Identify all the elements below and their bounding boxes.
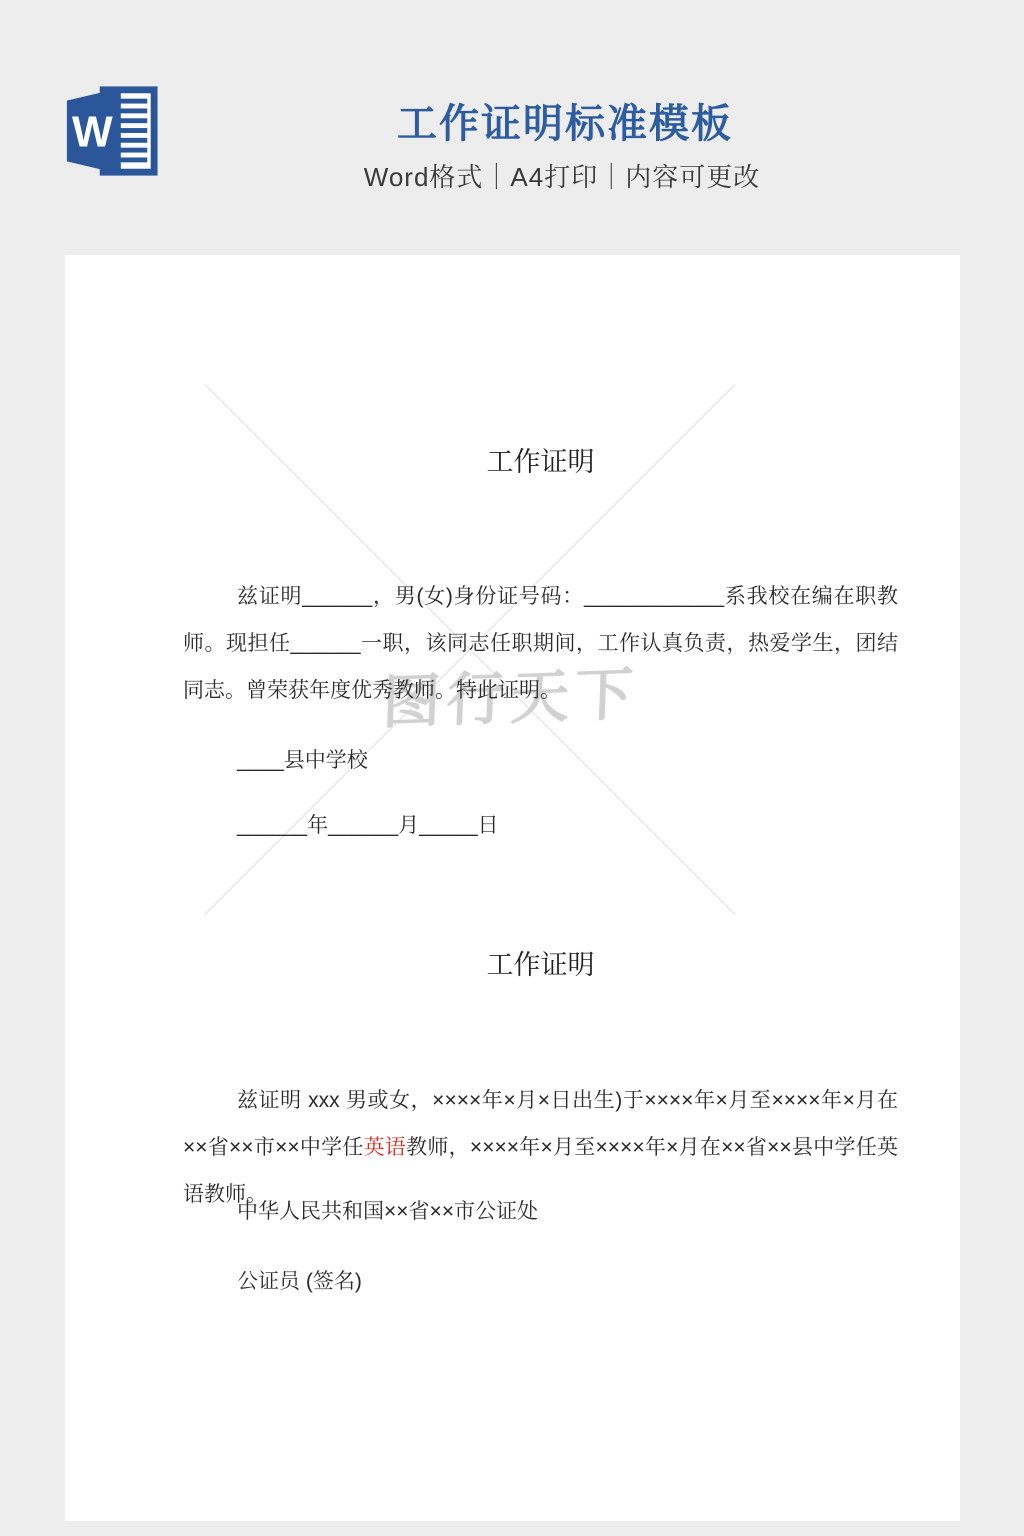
paragraph-red-segment: 英语 bbox=[364, 1136, 407, 1159]
notary-office-line: 中华人民共和国××省××市公证处 bbox=[183, 1195, 898, 1225]
certificate-paragraph-1: 兹证明______，男(女)身份证号码：____________系我校在编在职教… bbox=[183, 573, 898, 714]
certificate-heading-2: 工作证明 bbox=[183, 943, 898, 982]
page-title: 工作证明标准模板 bbox=[0, 92, 1024, 149]
school-signature-line: ____县中学校 bbox=[183, 744, 898, 774]
site-header: W 工作证明标准模板 Word格式｜A4打印｜内容可更改 bbox=[0, 0, 1024, 255]
page-subtitle: Word格式｜A4打印｜内容可更改 bbox=[0, 157, 1024, 194]
date-line: ______年______月_____日 bbox=[183, 809, 898, 839]
certificate-heading-1: 工作证明 bbox=[183, 440, 898, 479]
document-page: 图行天下 工作证明 兹证明______，男(女)身份证号码：__________… bbox=[65, 255, 960, 1521]
notary-signature-line: 公证员 (签名) bbox=[183, 1265, 898, 1295]
